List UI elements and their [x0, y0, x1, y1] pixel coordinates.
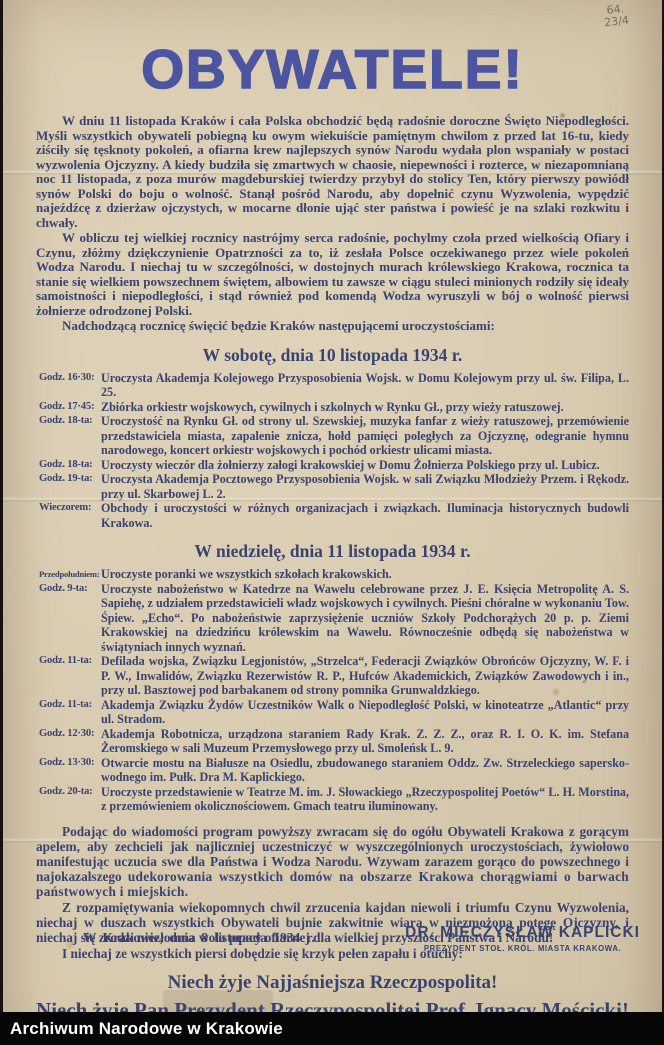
schedule-time: Godz. 13·30:: [39, 756, 96, 785]
poster-title: OBYWATELE!: [36, 40, 629, 98]
schedule-text: Uroczyste nabożeństwo w Katedrze na Wawe…: [101, 582, 629, 655]
scanned-poster: 64. 23/4 OBYWATELE! W dniu 11 listopada …: [0, 0, 664, 1045]
schedule-row: Godz. 12·30: Akademja Robotnicza, urządz…: [39, 727, 629, 756]
schedule-time: Godz. 12·30:: [39, 727, 96, 756]
schedule-text: Uroczystość na Rynku Gł. od strony ul. S…: [101, 414, 629, 458]
schedule-time: Godz. 11-ta:: [39, 654, 96, 698]
schedule-row: Godz. 11-ta: Defilada wojska, Związku Le…: [39, 654, 629, 698]
signature-block: DR. MIECZYSŁAW KAPLICKI PREZYDENT STOŁ. …: [405, 924, 640, 953]
program-intro-line: Nadchodzącą rocznicę święcić będzie Krak…: [36, 319, 629, 334]
schedule-row: Godz. 18-ta: Uroczystość na Rynku Gł. od…: [39, 414, 629, 458]
schedule-row: Wieczorem: Obchody i uroczystości w różn…: [39, 501, 629, 530]
archive-watermark-label: Archiwum Narodowe w Krakowie: [10, 1019, 283, 1039]
schedule-text: Zbiórka orkiestr wojskowych, cywilnych i…: [101, 400, 629, 415]
schedule-time: Godz. 16·30:: [39, 371, 96, 400]
saturday-schedule: Godz. 16·30: Uroczysta Akademja Kolejowe…: [39, 371, 629, 531]
poster-paper: 64. 23/4 OBYWATELE! W dniu 11 listopada …: [3, 0, 662, 1045]
schedule-time: Godz. 20-ta:: [39, 785, 96, 814]
schedule-text: Uroczysty wieczór dla żołnierzy załogi k…: [101, 458, 629, 473]
poster-content: OBYWATELE! W dniu 11 listopada Kraków i …: [3, 0, 662, 1045]
signature-title: PREZYDENT STOŁ. KRÓL. MIASTA KRAKOWA.: [405, 944, 640, 953]
schedule-time: Godz. 9-ta:: [39, 582, 96, 655]
schedule-time: Wieczorem:: [39, 501, 96, 530]
schedule-time: Godz. 18-ta:: [39, 458, 96, 473]
schedule-row: Godz. 19-ta: Uroczysta Akademja Pocztowe…: [39, 472, 629, 501]
schedule-text: Obchody i uroczystości w różnych organiz…: [101, 501, 629, 530]
schedule-row: Przedpołudniem: Uroczyste poranki we wsz…: [39, 567, 629, 582]
schedule-time: Godz. 19-ta:: [39, 472, 96, 501]
intro-paragraph: W obliczu tej wielkiej rocznicy nastrójm…: [36, 231, 629, 318]
poster-footer: W Krakowie, dnia 8 listopada 1934 r. DR.…: [51, 924, 640, 953]
schedule-text: Uroczyste przedstawienie w Teatrze M. im…: [101, 785, 629, 814]
schedule-row: Godz. 13·30: Otwarcie mostu na Białusze …: [39, 756, 629, 785]
sunday-heading: W niedzielę, dnia 11 listopada 1934 r.: [36, 541, 629, 561]
schedule-text: Uroczysta Akademja Pocztowego Przysposob…: [101, 472, 629, 501]
closing-paragraph: Podając do wiadomości program powyższy z…: [36, 824, 629, 899]
schedule-text: Uroczyste poranki we wszystkich szkołach…: [101, 567, 629, 582]
archive-watermark-bar: Archiwum Narodowe w Krakowie: [0, 1012, 664, 1045]
schedule-text: Otwarcie mostu na Białusze na Osiedlu, z…: [101, 756, 629, 785]
date-place: W Krakowie, dnia 8 listopada 1934 r.: [83, 930, 315, 946]
schedule-row: Godz. 9-ta: Uroczyste nabożeństwo w Kate…: [39, 582, 629, 655]
sunday-schedule: Przedpołudniem: Uroczyste poranki we wsz…: [39, 567, 629, 814]
schedule-text: Uroczysta Akademja Kolejowego Przysposob…: [101, 371, 629, 400]
schedule-time: Godz. 17·45:: [39, 400, 96, 415]
slogan-line: Niech żyje Najjaśniejsza Rzeczpospolita!: [36, 971, 629, 995]
schedule-time: Przedpołudniem:: [39, 567, 96, 582]
schedule-row: Godz. 11-ta: Akademja Związku Żydów Ucze…: [39, 698, 629, 727]
signature-name: DR. MIECZYSŁAW KAPLICKI: [405, 924, 640, 942]
intro-paragraph: W dniu 11 listopada Kraków i cała Polska…: [36, 114, 629, 230]
schedule-row: Godz. 18-ta: Uroczysty wieczór dla żołni…: [39, 458, 629, 473]
schedule-row: Godz. 17·45: Zbiórka orkiestr wojskowych…: [39, 400, 629, 415]
schedule-time: Godz. 18-ta:: [39, 414, 96, 458]
schedule-text: Akademja Robotnicza, urządzona staraniem…: [101, 727, 629, 756]
saturday-heading: W sobotę, dnia 10 listopada 1934 r.: [36, 345, 629, 365]
schedule-text: Defilada wojska, Związku Legjonistów, „S…: [101, 654, 629, 698]
schedule-text: Akademja Związku Żydów Uczestników Walk …: [101, 698, 629, 727]
schedule-row: Godz. 20-ta: Uroczyste przedstawienie w …: [39, 785, 629, 814]
schedule-time: Godz. 11-ta:: [39, 698, 96, 727]
schedule-row: Godz. 16·30: Uroczysta Akademja Kolejowe…: [39, 371, 629, 400]
